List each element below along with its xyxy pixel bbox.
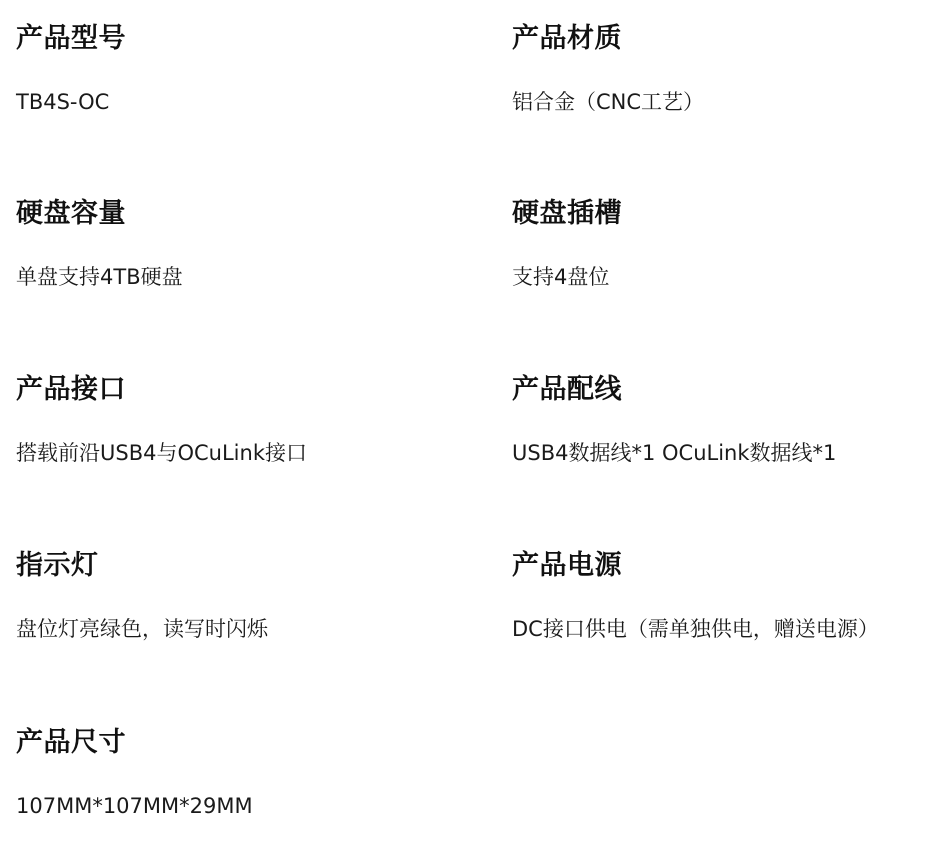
spec-label: 指示灯 bbox=[16, 550, 99, 582]
spec-value: 单盘支持4TB硬盘 bbox=[16, 264, 183, 290]
spec-label: 产品型号 bbox=[16, 23, 126, 55]
spec-value: TB4S-OC bbox=[16, 89, 109, 115]
spec-value: USB4数据线*1 OCuLink数据线*1 bbox=[512, 440, 836, 466]
spec-label: 产品尺寸 bbox=[16, 727, 126, 759]
spec-value: 铝合金（CNC工艺） bbox=[512, 89, 704, 115]
spec-label: 产品电源 bbox=[512, 550, 622, 582]
spec-label: 产品配线 bbox=[512, 374, 622, 406]
spec-value: 107MM*107MM*29MM bbox=[16, 793, 253, 819]
spec-label: 产品材质 bbox=[512, 23, 622, 55]
spec-value: 盘位灯亮绿色，读写时闪烁 bbox=[16, 616, 268, 642]
spec-value: 支持4盘位 bbox=[512, 264, 609, 290]
spec-interface: 产品接口 搭载前沿USB4与OCuLink接口 bbox=[16, 374, 126, 406]
spec-value: DC接口供电（需单独供电，赠送电源） bbox=[512, 616, 879, 642]
spec-indicator: 指示灯 盘位灯亮绿色，读写时闪烁 bbox=[16, 550, 99, 582]
spec-value: 搭载前沿USB4与OCuLink接口 bbox=[16, 440, 307, 466]
spec-material: 产品材质 铝合金（CNC工艺） bbox=[512, 23, 622, 55]
spec-label: 硬盘插槽 bbox=[512, 198, 622, 230]
spec-cables: 产品配线 USB4数据线*1 OCuLink数据线*1 bbox=[512, 374, 622, 406]
spec-dimensions: 产品尺寸 107MM*107MM*29MM bbox=[16, 727, 126, 759]
spec-power: 产品电源 DC接口供电（需单独供电，赠送电源） bbox=[512, 550, 622, 582]
spec-label: 硬盘容量 bbox=[16, 198, 126, 230]
spec-disk-slots: 硬盘插槽 支持4盘位 bbox=[512, 198, 622, 230]
spec-disk-capacity: 硬盘容量 单盘支持4TB硬盘 bbox=[16, 198, 126, 230]
spec-label: 产品接口 bbox=[16, 374, 126, 406]
spec-model: 产品型号 TB4S-OC bbox=[16, 23, 126, 55]
